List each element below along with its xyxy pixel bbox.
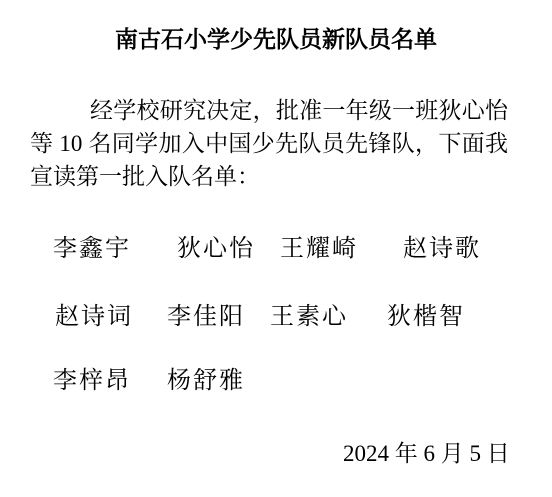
student-name: 王耀崎 xyxy=(280,235,358,263)
name-row-3: 李梓昂 杨舒雅 xyxy=(0,367,552,397)
name-row-1: 李鑫宇 狄心怡 王耀崎 赵诗歌 xyxy=(0,235,552,265)
student-name: 赵诗词 xyxy=(55,303,133,331)
student-name: 狄心怡 xyxy=(177,235,255,263)
student-name: 李佳阳 xyxy=(167,303,245,331)
student-name: 狄楷智 xyxy=(387,303,465,331)
student-name: 李梓昂 xyxy=(53,367,131,395)
document-title: 南古石小学少先队员新队员名单 xyxy=(0,27,552,53)
paragraph-line-1: 经学校研究决定，批准一年级一班狄心怡 xyxy=(30,94,508,127)
student-name: 李鑫宇 xyxy=(53,235,131,263)
document-page: 南古石小学少先队员新队员名单 经学校研究决定，批准一年级一班狄心怡 等 10 名… xyxy=(0,0,552,497)
student-name: 王素心 xyxy=(270,303,348,331)
student-name: 赵诗歌 xyxy=(403,235,481,263)
paragraph-line-3: 宣读第一批入队名单： xyxy=(30,160,508,193)
body-paragraph: 经学校研究决定，批准一年级一班狄心怡 等 10 名同学加入中国少先队员先锋队，下… xyxy=(30,94,508,193)
name-row-2: 赵诗词 李佳阳 王素心 狄楷智 xyxy=(0,303,552,333)
paragraph-line-2: 等 10 名同学加入中国少先队员先锋队，下面我 xyxy=(30,127,508,160)
document-date: 2024 年 6 月 5 日 xyxy=(343,440,510,468)
student-name: 杨舒雅 xyxy=(167,367,245,395)
